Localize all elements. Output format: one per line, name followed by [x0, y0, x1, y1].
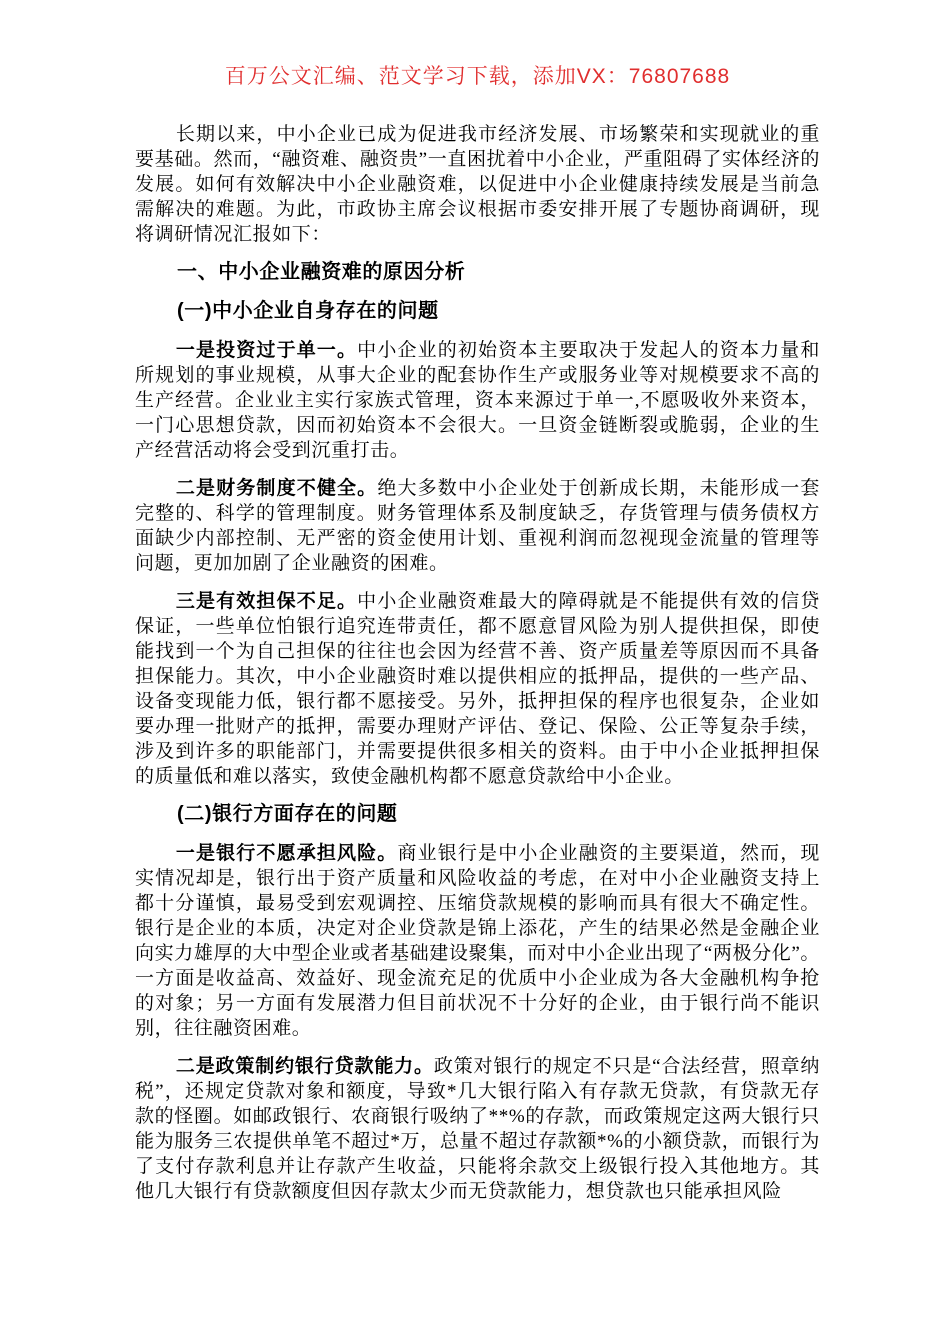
paragraph-lead-guarantee: 三是有效担保不足。: [176, 591, 357, 612]
heading-section-1-cause-analysis: 一、中小企业融资难的原因分析: [135, 260, 820, 285]
document-page: 百万公文汇编、范文学习下载，添加VX：76807688 长期以来，中小企业已成为…: [0, 0, 950, 1344]
paragraph-text-bank-risk: 商业银行是中小企业融资的主要渠道，然而，现实情况却是，银行出于资产质量和风险收益…: [135, 843, 820, 1039]
document-page-background: { "colors": { "header_red": "#e02e2e", "…: [0, 0, 950, 1344]
paragraph-reason-investment: 一是投资过于单一。中小企业的初始资本主要取决于发起人的资本力量和所规划的事业规模…: [135, 338, 820, 463]
paragraph-lead-bank-risk: 一是银行不愿承担风险。: [176, 843, 398, 864]
document-body: 长期以来，中小企业已成为促进我市经济发展、市场繁荣和实现就业的重要基础。然而，“…: [135, 122, 820, 1204]
paragraph-text-guarantee: 中小企业融资难最大的障碍就是不能提供有效的信贷保证，一些单位怕银行追究连带责任，…: [135, 591, 820, 787]
paragraph-lead-policy-restriction: 二是政策制约银行贷款能力。: [176, 1056, 434, 1077]
promo-header-text: 百万公文汇编、范文学习下载，添加VX：76807688: [135, 64, 820, 90]
paragraph-lead-investment: 一是投资过于单一。: [176, 340, 357, 361]
paragraph-bank-risk: 一是银行不愿承担风险。商业银行是中小企业融资的主要渠道，然而，现实情况却是，银行…: [135, 841, 820, 1041]
paragraph-intro: 长期以来，中小企业已成为促进我市经济发展、市场繁荣和实现就业的重要基础。然而，“…: [135, 122, 820, 247]
paragraph-reason-guarantee: 三是有效担保不足。中小企业融资难最大的障碍就是不能提供有效的信贷保证，一些单位怕…: [135, 589, 820, 789]
paragraph-policy-restriction: 二是政策制约银行贷款能力。政策对银行的规定不只是“合法经营，照章纳税”，还规定贷…: [135, 1054, 820, 1204]
paragraph-lead-finance-system: 二是财务制度不健全。: [176, 478, 377, 499]
paragraph-reason-finance-system: 二是财务制度不健全。绝大多数中小企业处于创新成长期，未能形成一套完整的、科学的管…: [135, 476, 820, 576]
heading-sub-2-bank-issues: (二)银行方面存在的问题: [135, 802, 820, 827]
heading-sub-1-enterprise-issues: (一)中小企业自身存在的问题: [135, 299, 820, 324]
paragraph-text-policy-restriction: 政策对银行的规定不只是“合法经营，照章纳税”，还规定贷款对象和额度，导致*几大银…: [135, 1056, 820, 1202]
